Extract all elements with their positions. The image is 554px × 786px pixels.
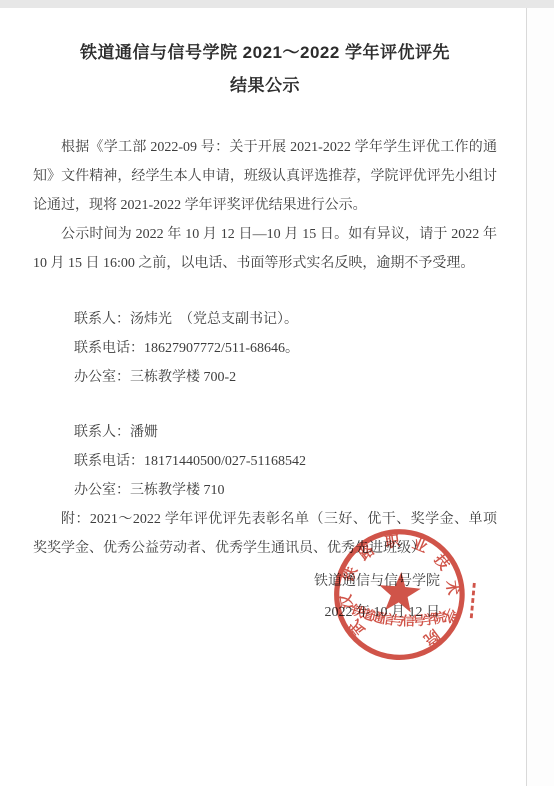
document-content: 铁道通信与信号学院 2021～2022 学年评优评先 结果公示 根据《学工部 2…: [33, 8, 497, 628]
contact-1-office: 办公室：三栋教学楼 700-2: [74, 363, 497, 392]
paragraph-basis: 根据《学工部 2022-09 号：关于开展 2021-2022 学年学生评优工作…: [33, 133, 497, 220]
contact-2-phone: 联系电话：18171440500/027-51168542: [74, 447, 497, 476]
signature-org: 铁道通信与信号学院: [33, 566, 440, 597]
contact-block-1: 联系人：汤炜光 （党总支副书记）。 联系电话：18627907772/511-6…: [33, 305, 497, 392]
document-title: 铁道通信与信号学院 2021～2022 学年评优评先 结果公示: [33, 36, 497, 102]
document-body: 根据《学工部 2022-09 号：关于开展 2021-2022 学年学生评优工作…: [33, 133, 497, 628]
attachment-note: 附：2021～2022 学年评优评先表彰名单（三好、优干、奖学金、单项奖奖学金、…: [33, 505, 497, 563]
contact-1-phone: 联系电话：18627907772/511-68646。: [74, 334, 497, 363]
page-right-edge-line: [526, 8, 527, 786]
signature-block: 铁道通信与信号学院 2022 年 10 月 12 日: [33, 566, 497, 628]
contact-2-office: 办公室：三栋教学楼 710: [74, 476, 497, 505]
paragraph-notice-period: 公示时间为 2022 年 10 月 12 日—10 月 15 日。如有异议，请于…: [33, 220, 497, 278]
signature-date: 2022 年 10 月 12 日: [33, 597, 440, 628]
contact-2-person: 联系人：潘姗: [74, 418, 497, 447]
contact-block-2: 联系人：潘姗 联系电话：18171440500/027-51168542 办公室…: [33, 418, 497, 505]
page-right-gutter: [527, 8, 554, 786]
contact-1-person: 联系人：汤炜光 （党总支副书记）。: [74, 305, 497, 334]
title-line-2: 结果公示: [33, 69, 497, 102]
document-page: 铁道通信与信号学院 2021～2022 学年评优评先 结果公示 根据《学工部 2…: [0, 0, 554, 786]
title-line-1: 铁道通信与信号学院 2021～2022 学年评优评先: [33, 36, 497, 69]
page-top-edge: [0, 0, 554, 8]
